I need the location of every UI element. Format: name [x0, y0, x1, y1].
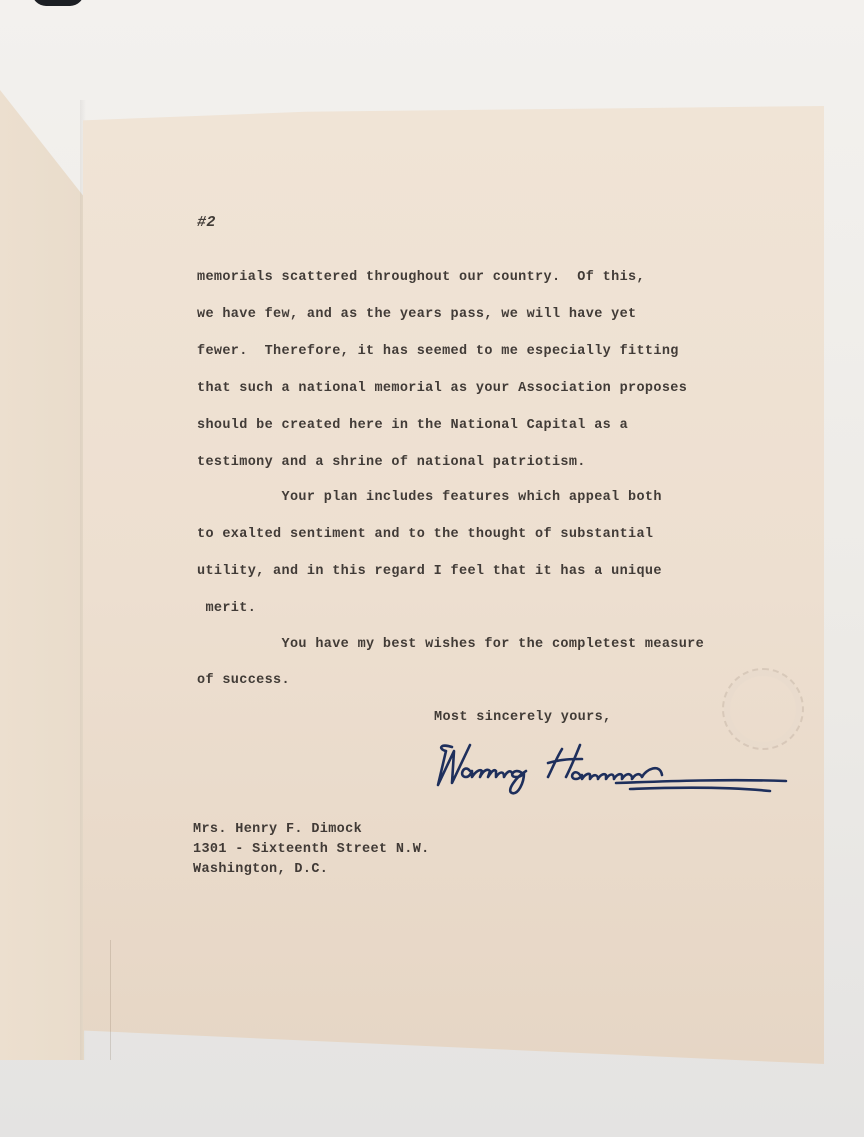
body-line: utility, and in this regard I feel that … — [197, 564, 662, 579]
body-line: to exalted sentiment and to the thought … — [197, 527, 653, 542]
page-number: #2 — [197, 214, 216, 231]
recipient-street: 1301 - Sixteenth Street N.W. — [193, 842, 430, 857]
recipient-city: Washington, D.C. — [193, 862, 328, 877]
body-line: Your plan includes features which appeal… — [197, 490, 662, 505]
body-line: of success. — [197, 673, 290, 688]
facing-page — [0, 90, 84, 1060]
letter-sheet — [83, 106, 824, 1064]
body-line: should be created here in the National C… — [197, 418, 628, 433]
paper-fold-line — [110, 940, 111, 1060]
binder-clip — [32, 0, 84, 6]
body-line: we have few, and as the years pass, we w… — [197, 307, 636, 322]
closing: Most sincerely yours, — [434, 710, 611, 725]
recipient-name: Mrs. Henry F. Dimock — [193, 822, 362, 837]
body-line: memorials scattered throughout our count… — [197, 270, 645, 285]
body-line: that such a national memorial as your As… — [197, 381, 687, 396]
body-line: merit. — [197, 601, 256, 616]
body-line: fewer. Therefore, it has seemed to me es… — [197, 344, 679, 359]
body-line: testimony and a shrine of national patri… — [197, 455, 586, 470]
signature — [430, 735, 800, 805]
body-line: You have my best wishes for the complete… — [197, 637, 704, 652]
